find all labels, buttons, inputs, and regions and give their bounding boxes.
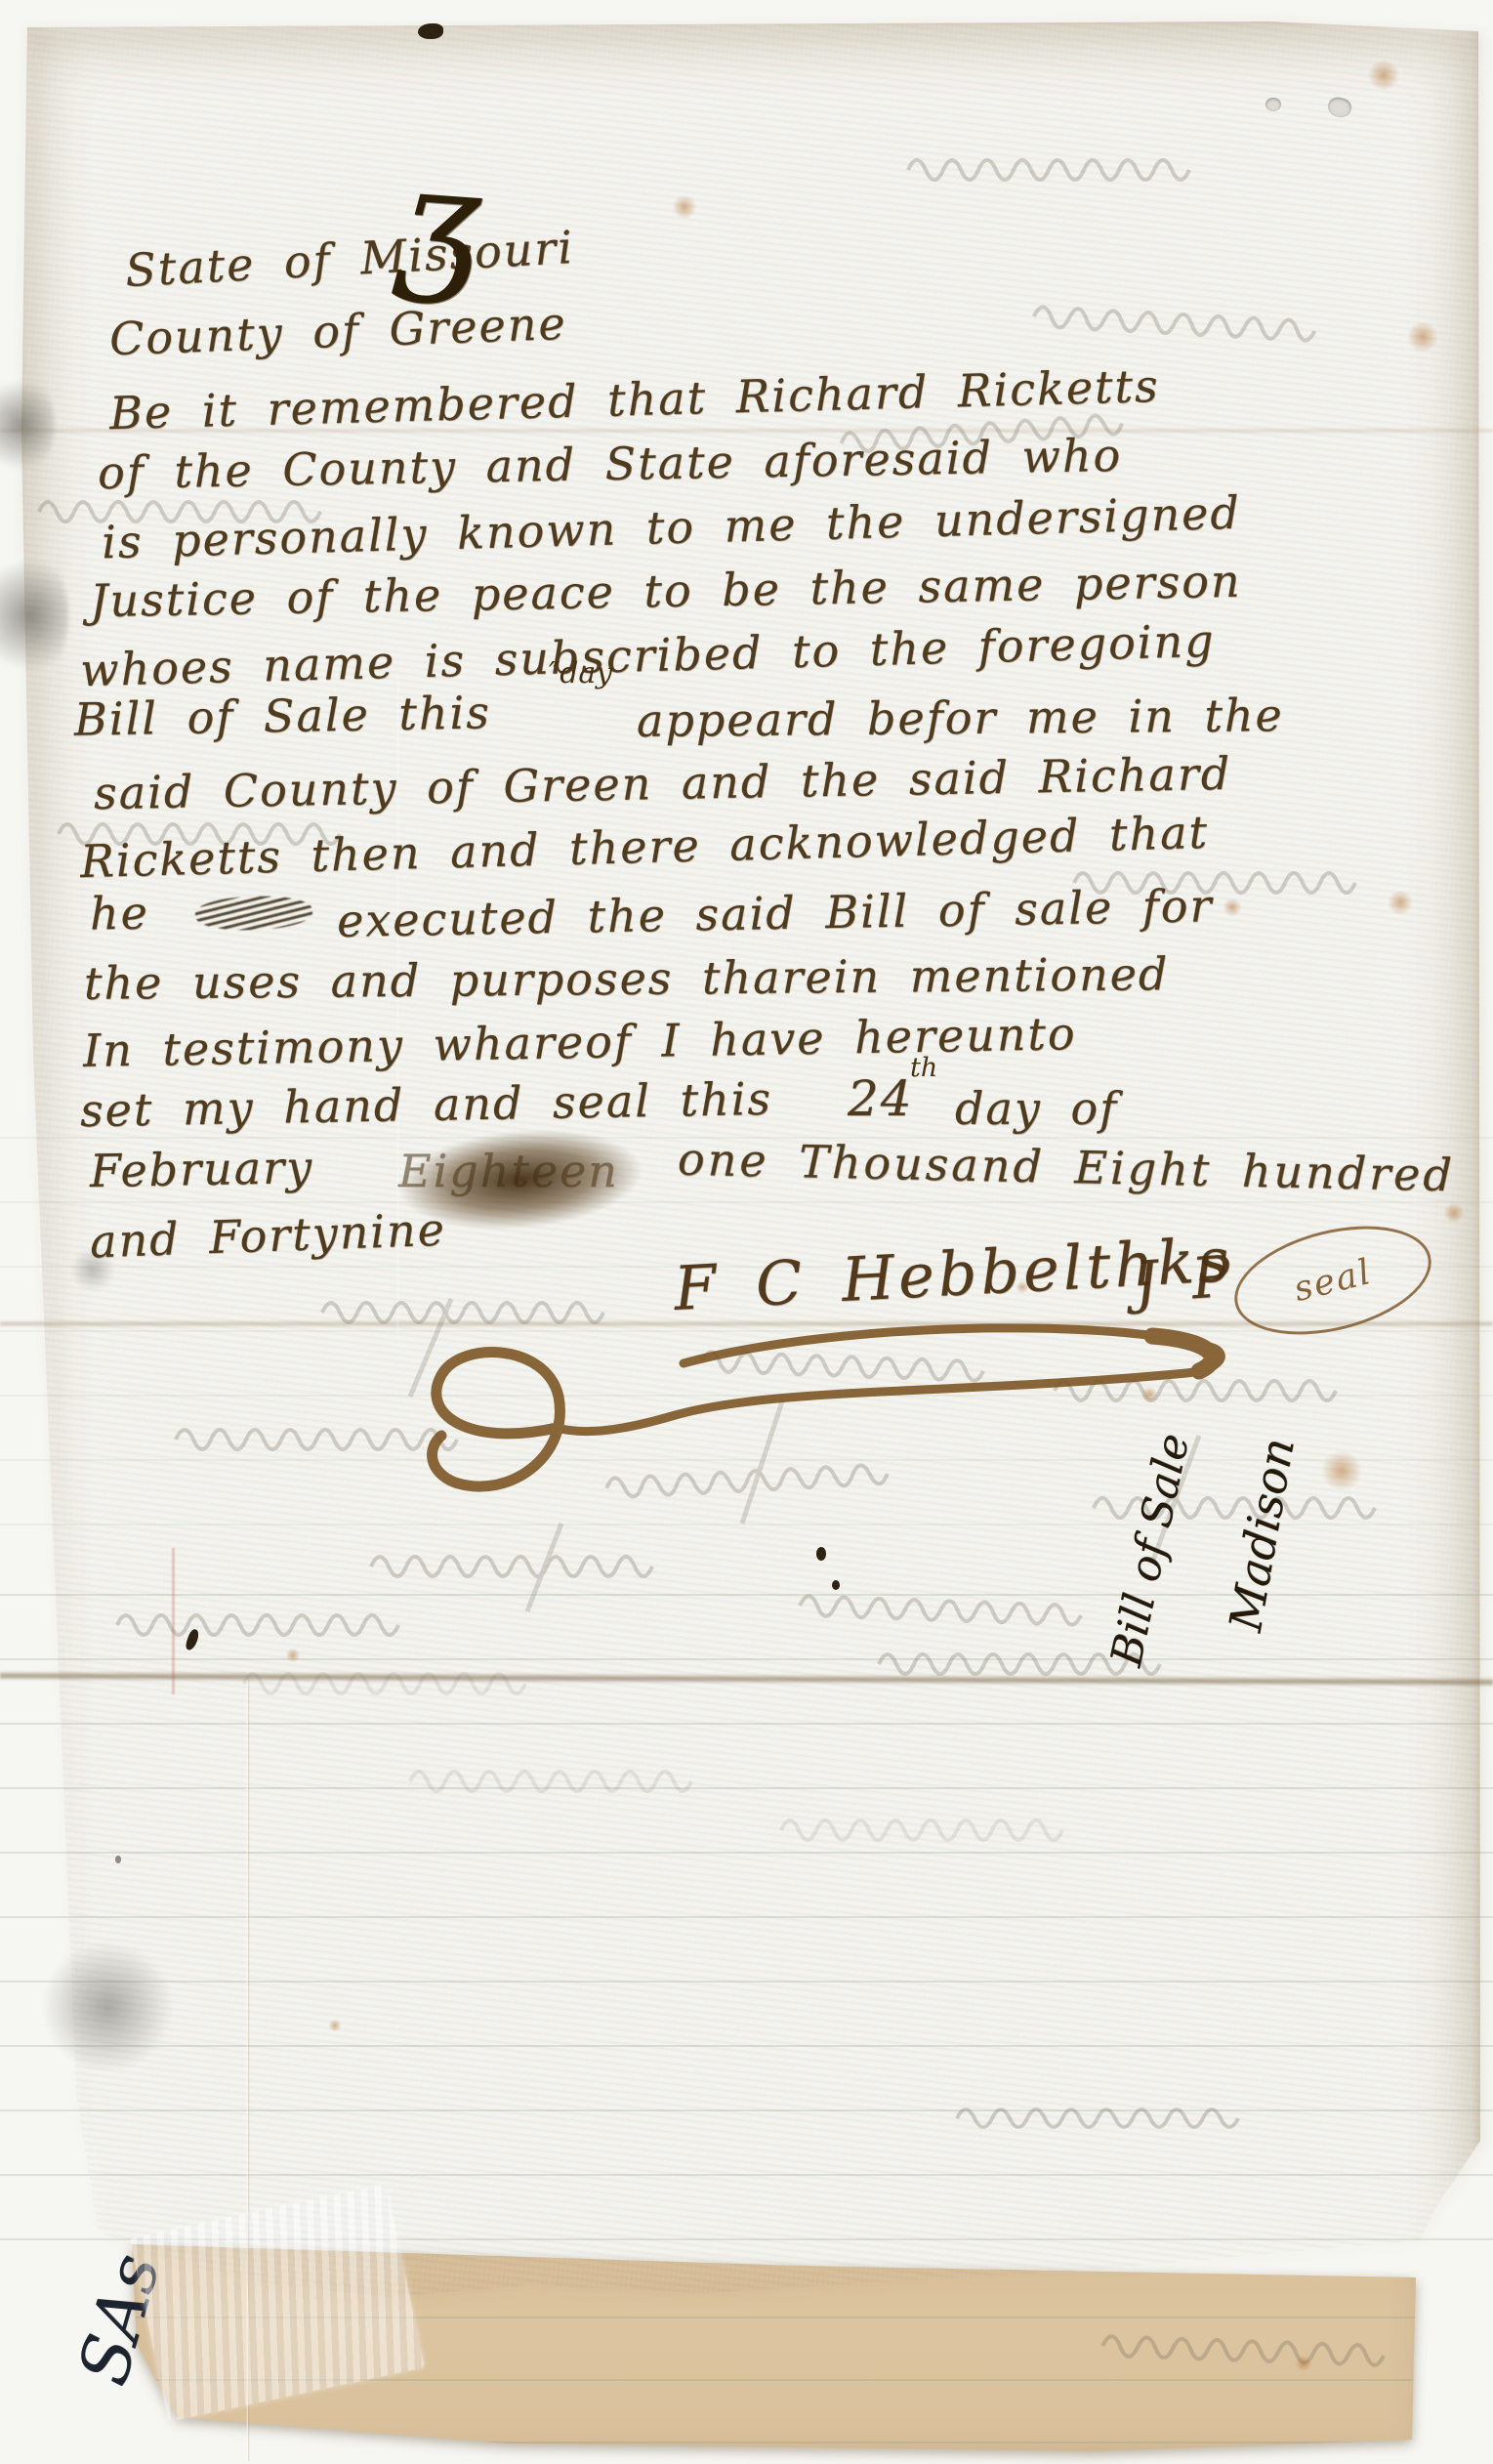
day-number: 24	[848, 1070, 914, 1127]
stain-spot	[1223, 898, 1242, 916]
body-line: day of	[955, 1082, 1118, 1135]
body-line: February	[90, 1141, 314, 1197]
paper-hole	[1265, 98, 1281, 111]
stain-spot	[1320, 1451, 1363, 1490]
interlinear-insertion: ″day	[549, 656, 612, 690]
ink-blot-top	[418, 23, 443, 39]
stain-spot	[285, 1649, 301, 1662]
body-line: the uses and purposes tharein mentioned	[84, 947, 1170, 1010]
stain-spot	[328, 2020, 342, 2031]
signature-title: J P	[1133, 1243, 1234, 1316]
stain-spot	[1295, 2356, 1312, 2371]
stain-spot	[1016, 1281, 1029, 1293]
body-line: Bill of Sale this	[74, 686, 492, 745]
charcoal-smudge	[68, 1250, 117, 1289]
charcoal-smudge	[39, 1943, 176, 2070]
stain-spot	[1406, 322, 1439, 352]
stain-spot	[672, 195, 697, 219]
ink-speck	[832, 1580, 840, 1590]
heading-brace: ʒ	[393, 134, 487, 309]
ink-speck	[115, 1856, 121, 1863]
stain-spot	[1443, 1203, 1465, 1223]
scanned-document: State of Missouri County of Greene ʒ Be …	[0, 0, 1493, 2464]
ink-speck	[816, 1547, 826, 1561]
body-line: appeard befor me in the	[637, 689, 1284, 747]
ordinal-superscript: th	[910, 1053, 937, 1083]
stain-spot	[1367, 61, 1400, 90]
body-line: he	[90, 886, 150, 940]
stain-spot	[1140, 1387, 1158, 1402]
stain-spot	[1387, 891, 1414, 914]
seal-text: seal	[1290, 1251, 1376, 1309]
